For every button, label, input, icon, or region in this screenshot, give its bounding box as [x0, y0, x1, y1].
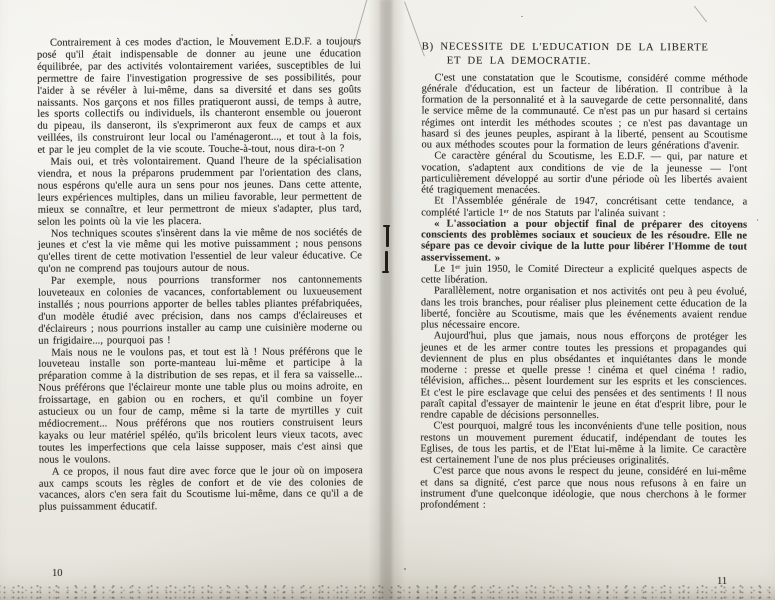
right-page: B) NECESSITE DE L'EDUCATION DE LA LIBERT…: [420, 40, 748, 511]
scan-scratch: [404, 2, 425, 57]
gutter-shadow-core: [380, 0, 392, 600]
body-paragraph: C'est pourquoi, malgré tous les inconvén…: [420, 421, 746, 467]
scan-speckle-band: [0, 585, 775, 600]
staple: [383, 225, 390, 227]
body-paragraph: Contrairement à ces modes d'action, le M…: [37, 36, 362, 156]
body-paragraph: Aujourd'hui, plus que jamais, nous nous …: [420, 331, 746, 422]
body-paragraph: Le 1ᵉʳ juin 1950, le Comité Directeur a …: [421, 263, 747, 287]
section-heading: B) NECESSITE DE L'EDUCATION DE LA LIBERT…: [422, 40, 748, 69]
body-paragraph: Par exemple, nous pourrions transformer …: [38, 274, 362, 347]
dust-speck: [757, 219, 758, 221]
staple: [386, 226, 389, 247]
dust-speck: [231, 34, 233, 36]
body-paragraph: Parallèlement, notre organisation et nos…: [421, 286, 747, 332]
body-paragraph: Et l'Assemblée générale de 1947, concrét…: [421, 196, 747, 220]
body-paragraph: C'est parce que nous avons le respect du…: [420, 466, 746, 512]
body-paragraph: Mais nous ne le voulons pas, et tout est…: [38, 346, 363, 466]
statutes-quote: « L'association a pour objectif final de…: [421, 218, 747, 264]
staple: [382, 271, 389, 273]
page-number: 10: [52, 568, 63, 579]
staple: [385, 251, 388, 273]
body-paragraph: Mais oui, et très volontairement. Quand …: [37, 155, 361, 228]
body-paragraph: Ce caractère général du Scoutisme, les E…: [421, 151, 747, 197]
dust-speck: [92, 57, 94, 59]
body-paragraph: Nos techniques scoutes s'insèrent dans l…: [38, 227, 362, 276]
section-heading-line2: ET DE LA DEMOCRATIE.: [422, 54, 748, 69]
scan-scratch: [694, 6, 707, 22]
book-scan: Contrairement à ces modes d'action, le M…: [0, 0, 775, 600]
left-page: Contrairement à ces modes d'action, le M…: [37, 36, 363, 514]
dust-speck: [404, 568, 406, 570]
section-heading-line1: B) NECESSITE DE L'EDUCATION DE LA LIBERT…: [422, 41, 709, 53]
body-paragraph: A ce propos, il nous faut dire avec forc…: [39, 465, 363, 514]
body-paragraph: C'est une constatation que le Scoutisme,…: [421, 72, 747, 152]
dust-speck: [521, 16, 523, 17]
